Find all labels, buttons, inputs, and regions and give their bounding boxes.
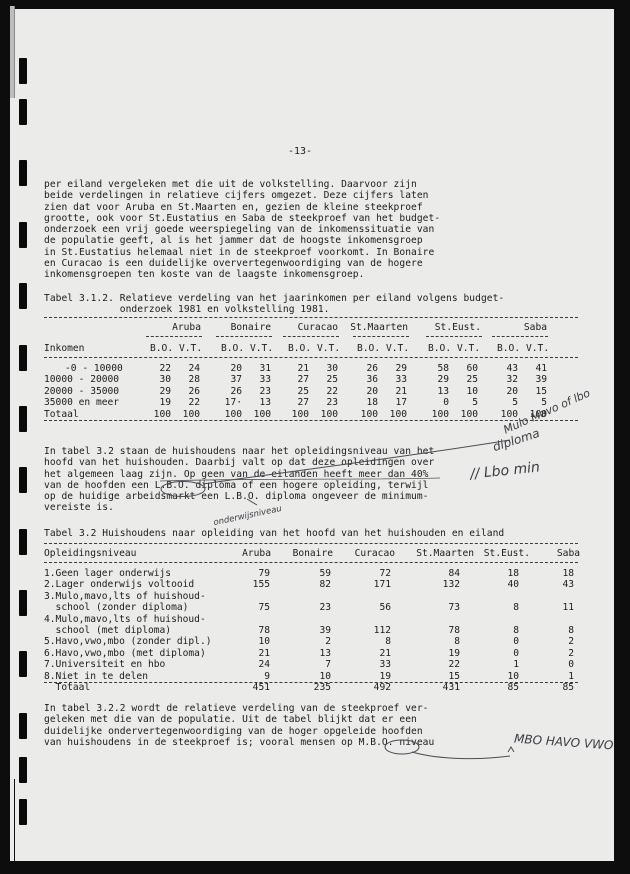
table-cell: 0 bbox=[489, 636, 519, 647]
column-group-header: Aruba bbox=[143, 322, 201, 333]
column-subheader: V.T. bbox=[457, 343, 480, 354]
punch-hole bbox=[19, 160, 27, 186]
table-cell: 100 bbox=[179, 409, 200, 420]
row-label: 5.Havo,vwo,mbo (zonder dipl.) bbox=[44, 636, 212, 647]
table-cell: 24 bbox=[240, 659, 270, 670]
table-cell: 7 bbox=[301, 659, 331, 670]
column-subheader: V.T. bbox=[317, 343, 340, 354]
table-cell: 20 bbox=[497, 386, 518, 397]
table-cell: 2 bbox=[544, 648, 574, 659]
table-rule bbox=[44, 562, 578, 563]
table-cell: 25 bbox=[288, 386, 309, 397]
table-cell: 22 bbox=[179, 397, 200, 408]
table-cell: 9 bbox=[240, 671, 270, 682]
table-cell: 23 bbox=[250, 386, 271, 397]
table-rule bbox=[283, 336, 339, 337]
table-cell: 84 bbox=[430, 568, 460, 579]
row-label: 7.Universiteit en hbo bbox=[44, 659, 165, 670]
table-cell: 21 bbox=[240, 648, 270, 659]
table-cell: 8 bbox=[430, 636, 460, 647]
table-cell: 451 bbox=[240, 682, 270, 693]
row-label: 4.Mulo,mavo,lts of huishoud- bbox=[44, 614, 206, 625]
intro-paragraph: per eiland vergeleken met die uit de vol… bbox=[44, 179, 440, 281]
page-number: -13- bbox=[288, 146, 312, 157]
table-rule bbox=[44, 357, 578, 358]
row-label: Totaal bbox=[44, 409, 79, 420]
punch-hole bbox=[19, 590, 27, 616]
table-cell: 19 bbox=[430, 648, 460, 659]
table-cell: 28 bbox=[179, 374, 200, 385]
row-header: Inkomen bbox=[44, 343, 84, 354]
column-group-header: St.Eust. bbox=[423, 322, 481, 333]
table-cell: 30 bbox=[150, 374, 171, 385]
table-cell: 8 bbox=[489, 602, 519, 613]
table-cell: 82 bbox=[301, 579, 331, 590]
table-cell: 10 bbox=[301, 671, 331, 682]
table-cell: 15 bbox=[430, 671, 460, 682]
row-label: 35000 en meer bbox=[44, 397, 119, 408]
table-cell: 431 bbox=[430, 682, 460, 693]
column-subheader: V.T. bbox=[250, 343, 273, 354]
table-cell: 22 bbox=[317, 386, 338, 397]
final-paragraph: In tabel 3.2.2 wordt de relatieve verdel… bbox=[44, 703, 434, 748]
row-label: 8.Niet in te delen bbox=[44, 671, 148, 682]
table-cell: 25 bbox=[317, 374, 338, 385]
table-cell: 112 bbox=[361, 625, 391, 636]
table-cell: 59 bbox=[301, 568, 331, 579]
column-header: Curacao bbox=[315, 548, 395, 559]
table-cell: 0 bbox=[544, 659, 574, 670]
table-cell: 43 bbox=[497, 363, 518, 374]
punch-hole bbox=[19, 757, 27, 783]
table-cell: 18 bbox=[489, 568, 519, 579]
table-cell: 1 bbox=[544, 671, 574, 682]
table-cell: 100 bbox=[288, 409, 309, 420]
table-cell: 8 bbox=[544, 625, 574, 636]
punch-hole bbox=[19, 222, 27, 248]
table-rule bbox=[426, 336, 482, 337]
table-rule bbox=[44, 317, 578, 318]
table-rule bbox=[44, 543, 578, 544]
table-cell: 10 bbox=[457, 386, 478, 397]
table-cell: 100 bbox=[317, 409, 338, 420]
row-label: 6.Havo,vwo,mbo (met diploma) bbox=[44, 648, 206, 659]
table-cell: 2 bbox=[544, 636, 574, 647]
table-cell: 17· bbox=[221, 397, 242, 408]
table-cell: 13 bbox=[250, 397, 271, 408]
table-cell: 20 bbox=[221, 363, 242, 374]
row-label: school (zonder diploma) bbox=[44, 602, 188, 613]
table-cell: 100 bbox=[250, 409, 271, 420]
table-cell: 23 bbox=[301, 602, 331, 613]
table-cell: 43 bbox=[544, 579, 574, 590]
table-cell: 15 bbox=[526, 386, 547, 397]
table-cell: 33 bbox=[386, 374, 407, 385]
column-group-header: St.Maarten bbox=[350, 322, 408, 333]
table-cell: 235 bbox=[301, 682, 331, 693]
column-subheader: V.T. bbox=[179, 343, 202, 354]
table-cell: 25 bbox=[457, 374, 478, 385]
row-label: 3.Mulo,mavo,lts of huishoud- bbox=[44, 591, 206, 602]
punch-hole bbox=[19, 713, 27, 739]
table-cell: 30 bbox=[317, 363, 338, 374]
table-cell: 29 bbox=[428, 374, 449, 385]
table-cell: 26 bbox=[179, 386, 200, 397]
punch-hole bbox=[19, 99, 27, 125]
table-cell: 1 bbox=[489, 659, 519, 670]
table-cell: 5 bbox=[457, 397, 478, 408]
table-cell: 18 bbox=[357, 397, 378, 408]
punch-hole bbox=[19, 651, 27, 677]
table-rule bbox=[492, 336, 548, 337]
middle-paragraph: In tabel 3.2 staan de huishoudens naar h… bbox=[44, 446, 434, 514]
table-cell: 33 bbox=[361, 659, 391, 670]
row-label: 2.Lager onderwijs voltooid bbox=[44, 579, 194, 590]
table-cell: 10 bbox=[489, 671, 519, 682]
table-cell: 13 bbox=[301, 648, 331, 659]
table-cell: 100 bbox=[428, 409, 449, 420]
table-rule bbox=[44, 682, 578, 683]
column-group-header: Saba bbox=[489, 322, 547, 333]
table-cell: 32 bbox=[497, 374, 518, 385]
table-cell: 27 bbox=[288, 397, 309, 408]
table-cell: 36 bbox=[357, 374, 378, 385]
table-cell: 73 bbox=[430, 602, 460, 613]
punch-hole bbox=[19, 529, 27, 555]
table-cell: 41 bbox=[526, 363, 547, 374]
table-cell: 11 bbox=[544, 602, 574, 613]
table-cell: 21 bbox=[386, 386, 407, 397]
row-header: Opleidingsniveau bbox=[44, 548, 136, 559]
table-cell: 22 bbox=[150, 363, 171, 374]
binder-strip bbox=[10, 6, 15, 98]
column-subheader: B.O. bbox=[357, 343, 380, 354]
table-cell: 72 bbox=[361, 568, 391, 579]
page-edge-line bbox=[14, 779, 15, 861]
column-group-header: Curacao bbox=[280, 322, 338, 333]
table-cell: 39 bbox=[526, 374, 547, 385]
row-label: school (met diploma) bbox=[44, 625, 171, 636]
table-cell: 78 bbox=[240, 625, 270, 636]
table-cell: 155 bbox=[240, 579, 270, 590]
table-cell: 100 bbox=[457, 409, 478, 420]
row-label: -0 - 10000 bbox=[65, 363, 123, 374]
table-cell: 100 bbox=[150, 409, 171, 420]
table-cell: 29 bbox=[386, 363, 407, 374]
table-cell: 24 bbox=[179, 363, 200, 374]
table-cell: 18 bbox=[544, 568, 574, 579]
table-cell: 31 bbox=[250, 363, 271, 374]
table-cell: 39 bbox=[301, 625, 331, 636]
table-cell: 100 bbox=[357, 409, 378, 420]
table-cell: 23 bbox=[317, 397, 338, 408]
column-subheader: B.O. bbox=[497, 343, 520, 354]
column-subheader: V.T. bbox=[526, 343, 549, 354]
row-label: 1.Geen lager onderwijs bbox=[44, 568, 171, 579]
table-cell: 58 bbox=[428, 363, 449, 374]
table-cell: 17 bbox=[386, 397, 407, 408]
table-cell: 8 bbox=[489, 625, 519, 636]
table-cell: 78 bbox=[430, 625, 460, 636]
table-cell: 19 bbox=[150, 397, 171, 408]
punch-hole bbox=[19, 283, 27, 309]
punch-hole bbox=[19, 406, 27, 432]
table-cell: 19 bbox=[361, 671, 391, 682]
punch-hole bbox=[19, 467, 27, 493]
table-cell: 22 bbox=[430, 659, 460, 670]
table-rule bbox=[216, 336, 272, 337]
table-cell: 26 bbox=[221, 386, 242, 397]
table-cell: 492 bbox=[361, 682, 391, 693]
table-cell: 0 bbox=[489, 648, 519, 659]
table-cell: 5 bbox=[497, 397, 518, 408]
column-subheader: B.O. bbox=[288, 343, 311, 354]
table-cell: 0 bbox=[428, 397, 449, 408]
table-cell: 60 bbox=[457, 363, 478, 374]
table-cell: 75 bbox=[240, 602, 270, 613]
column-header: Saba bbox=[500, 548, 580, 559]
table-cell: 100 bbox=[221, 409, 242, 420]
table-cell: 56 bbox=[361, 602, 391, 613]
table-cell: 8 bbox=[361, 636, 391, 647]
table-cell: 21 bbox=[288, 363, 309, 374]
table-cell: 132 bbox=[430, 579, 460, 590]
column-subheader: V.T. bbox=[386, 343, 409, 354]
table-cell: 26 bbox=[357, 363, 378, 374]
table-cell: 13 bbox=[428, 386, 449, 397]
row-label: Totaal bbox=[44, 682, 90, 693]
column-subheader: B.O. bbox=[150, 343, 173, 354]
table-cell: 10 bbox=[240, 636, 270, 647]
table-cell: 29 bbox=[150, 386, 171, 397]
table-cell: 37 bbox=[221, 374, 242, 385]
table-cell: 171 bbox=[361, 579, 391, 590]
punch-hole bbox=[19, 799, 27, 825]
table-rule bbox=[44, 420, 578, 421]
table-cell: 85 bbox=[544, 682, 574, 693]
table-cell: 85 bbox=[489, 682, 519, 693]
table1-caption: Tabel 3.1.2. Relatieve verdeling van het… bbox=[44, 293, 504, 316]
table-rule bbox=[353, 336, 409, 337]
table-cell: 33 bbox=[250, 374, 271, 385]
table-cell: 40 bbox=[489, 579, 519, 590]
row-label: 20000 - 35000 bbox=[44, 386, 119, 397]
table-cell: 20 bbox=[357, 386, 378, 397]
table-cell: 21 bbox=[361, 648, 391, 659]
table2-caption: Tabel 3.2 Huishoudens naar opleiding van… bbox=[44, 528, 504, 539]
table-cell: 2 bbox=[301, 636, 331, 647]
table-cell: 27 bbox=[288, 374, 309, 385]
column-group-header: Bonaire bbox=[213, 322, 271, 333]
row-label: 10000 - 20000 bbox=[44, 374, 119, 385]
column-subheader: B.O. bbox=[428, 343, 451, 354]
punch-hole bbox=[19, 345, 27, 371]
table-cell: 79 bbox=[240, 568, 270, 579]
punch-hole bbox=[19, 58, 27, 84]
column-subheader: B.O. bbox=[221, 343, 244, 354]
table-cell: 100 bbox=[386, 409, 407, 420]
table-rule bbox=[146, 336, 202, 337]
